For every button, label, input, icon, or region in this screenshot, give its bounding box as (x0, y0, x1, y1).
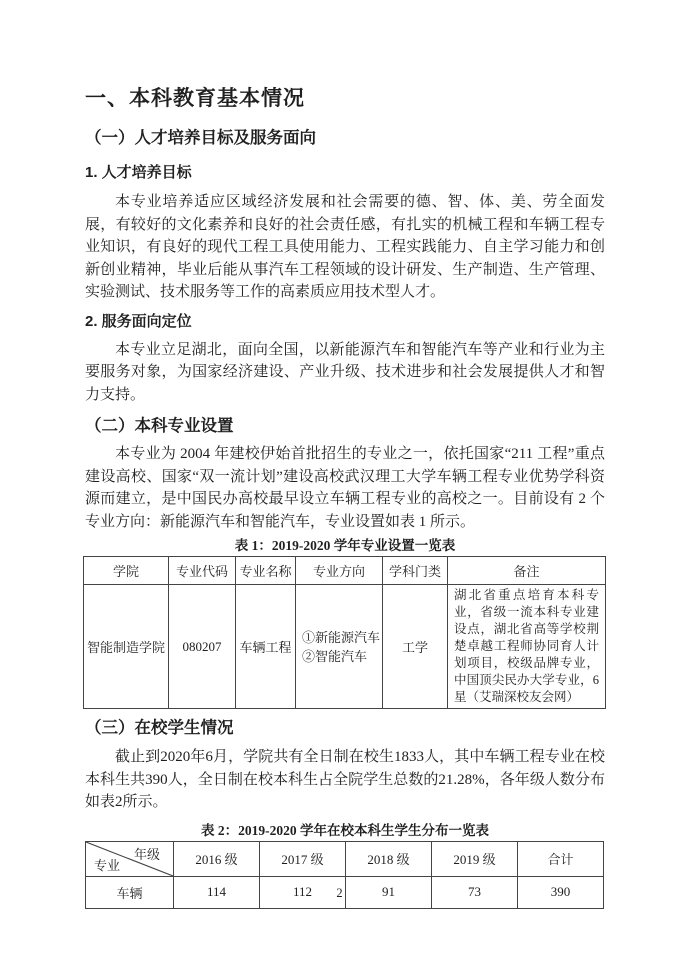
table2-header-2018: 2018 级 (346, 841, 432, 876)
table2-header-row: 年级 专业 2016 级 2017 级 2018 级 2019 级 合计 (86, 841, 604, 876)
table-major-setup: 学院 专业代码 专业名称 专业方向 学科门类 备注 智能制造学院 080207 … (83, 556, 606, 709)
table1-header-major-name: 专业名称 (236, 557, 296, 585)
table1-header-remarks: 备注 (448, 557, 606, 585)
table1-cell-code: 080207 (169, 585, 236, 709)
direction-line-2: ②智能汽车 (302, 647, 380, 666)
subheading-training-objectives: 1. 人才培养目标 (85, 163, 605, 183)
paragraph-service-orientation: 本专业立足湖北，面向全国，以新能源汽车和智能汽车等产业和行业为主要服务对象，为国… (85, 339, 605, 407)
table2-header-2019: 2019 级 (432, 841, 518, 876)
table1-header-code: 专业代码 (169, 557, 236, 585)
table1-data-row: 智能制造学院 080207 车辆工程 ①新能源汽车 ②智能汽车 工学 湖北省重点… (84, 585, 606, 709)
table1-header-college: 学院 (84, 557, 169, 585)
table1-header-discipline: 学科门类 (383, 557, 448, 585)
table2-header-total: 合计 (518, 841, 604, 876)
section-heading-talent-training: （一）人才培养目标及服务面向 (85, 127, 605, 149)
section-heading-major-setup: （二）本科专业设置 (85, 415, 605, 437)
corner-label-major: 专业 (94, 855, 120, 874)
subheading-service-orientation: 2. 服务面向定位 (85, 312, 605, 332)
direction-line-1: ①新能源汽车 (302, 628, 380, 647)
table1-header-direction: 专业方向 (296, 557, 383, 585)
paragraph-training-objectives: 本专业培养适应区域经济发展和社会需要的德、智、体、美、劳全面发展，有较好的文化素… (85, 191, 605, 304)
table2-header-2017: 2017 级 (260, 841, 346, 876)
table1-caption: 表 1：2019-2020 学年专业设置一览表 (85, 537, 605, 554)
paragraph-major-setup: 本专业为 2004 年建校伊始首批招生的专业之一，依托国家“211 工程”重点建… (85, 443, 605, 533)
table2-header-2016: 2016 级 (174, 841, 260, 876)
document-page: 一、本科教育基本情况 （一）人才培养目标及服务面向 1. 人才培养目标 本专业培… (0, 0, 679, 960)
table1-cell-college: 智能制造学院 (84, 585, 169, 709)
table2-corner-cell: 年级 专业 (86, 841, 174, 876)
section-heading-students: （三）在校学生情况 (85, 717, 605, 739)
table1-cell-directions: ①新能源汽车 ②智能汽车 (296, 585, 383, 709)
paragraph-students: 截止到2020年6月，学院共有全日制在校生1833人，其中车辆工程专业在校本科生… (85, 746, 605, 814)
main-heading: 一、本科教育基本情况 (85, 86, 605, 112)
table1-header-row: 学院 专业代码 专业名称 专业方向 学科门类 备注 (84, 557, 606, 585)
table2-caption: 表 2：2019-2020 学年在校本科生学生分布一览表 (85, 822, 605, 839)
table1-cell-remarks: 湖北省重点培育本科专业，省级一流本科专业建设点，湖北省高等学校荆楚卓越工程师协同… (448, 585, 606, 709)
table1-cell-discipline: 工学 (383, 585, 448, 709)
table1-cell-major-name: 车辆工程 (236, 585, 296, 709)
corner-label-grade: 年级 (134, 844, 160, 863)
page-number: 2 (0, 886, 679, 901)
